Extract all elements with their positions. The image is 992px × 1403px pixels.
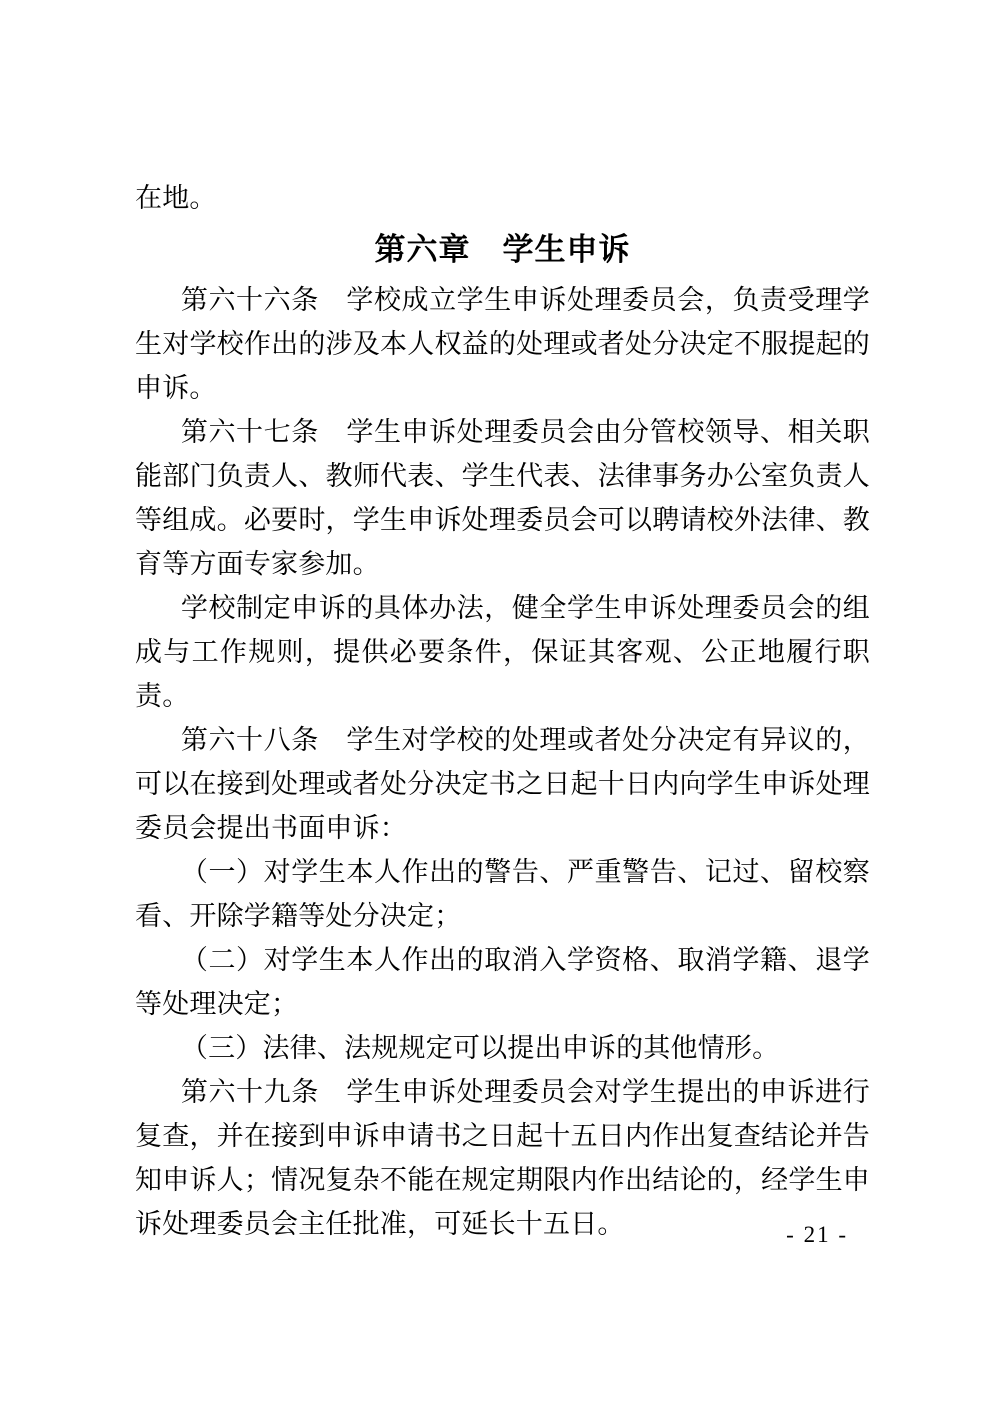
paragraph-article-67: 第六十七条 学生申诉处理委员会由分管校领导、相关职能部门负责人、教师代表、学生代…	[135, 410, 870, 586]
paragraph-article-69: 第六十九条 学生申诉处理委员会对学生提出的申诉进行复查，并在接到申诉申请书之日起…	[135, 1070, 870, 1246]
paragraph-item-1: （一）对学生本人作出的警告、严重警告、记过、留校察看、开除学籍等处分决定；	[135, 850, 870, 938]
paragraph-item-2: （二）对学生本人作出的取消入学资格、取消学籍、退学等处理决定；	[135, 938, 870, 1026]
paragraph-article-68: 第六十八条 学生对学校的处理或者处分决定有异议的，可以在接到处理或者处分决定书之…	[135, 718, 870, 850]
chapter-heading: 第六章 学生申诉	[135, 229, 870, 271]
document-page: 在地。 第六章 学生申诉 第六十六条 学校成立学生申诉处理委员会，负责受理学生对…	[135, 176, 870, 1246]
page-number: - 21 -	[786, 1220, 848, 1250]
paragraph-appeal-rules: 学校制定申诉的具体办法，健全学生申诉处理委员会的组成与工作规则，提供必要条件，保…	[135, 586, 870, 718]
paragraph-item-3: （三）法律、法规规定可以提出申诉的其他情形。	[135, 1026, 870, 1070]
continuation-line: 在地。	[135, 176, 870, 220]
paragraph-article-66: 第六十六条 学校成立学生申诉处理委员会，负责受理学生对学校作出的涉及本人权益的处…	[135, 278, 870, 410]
